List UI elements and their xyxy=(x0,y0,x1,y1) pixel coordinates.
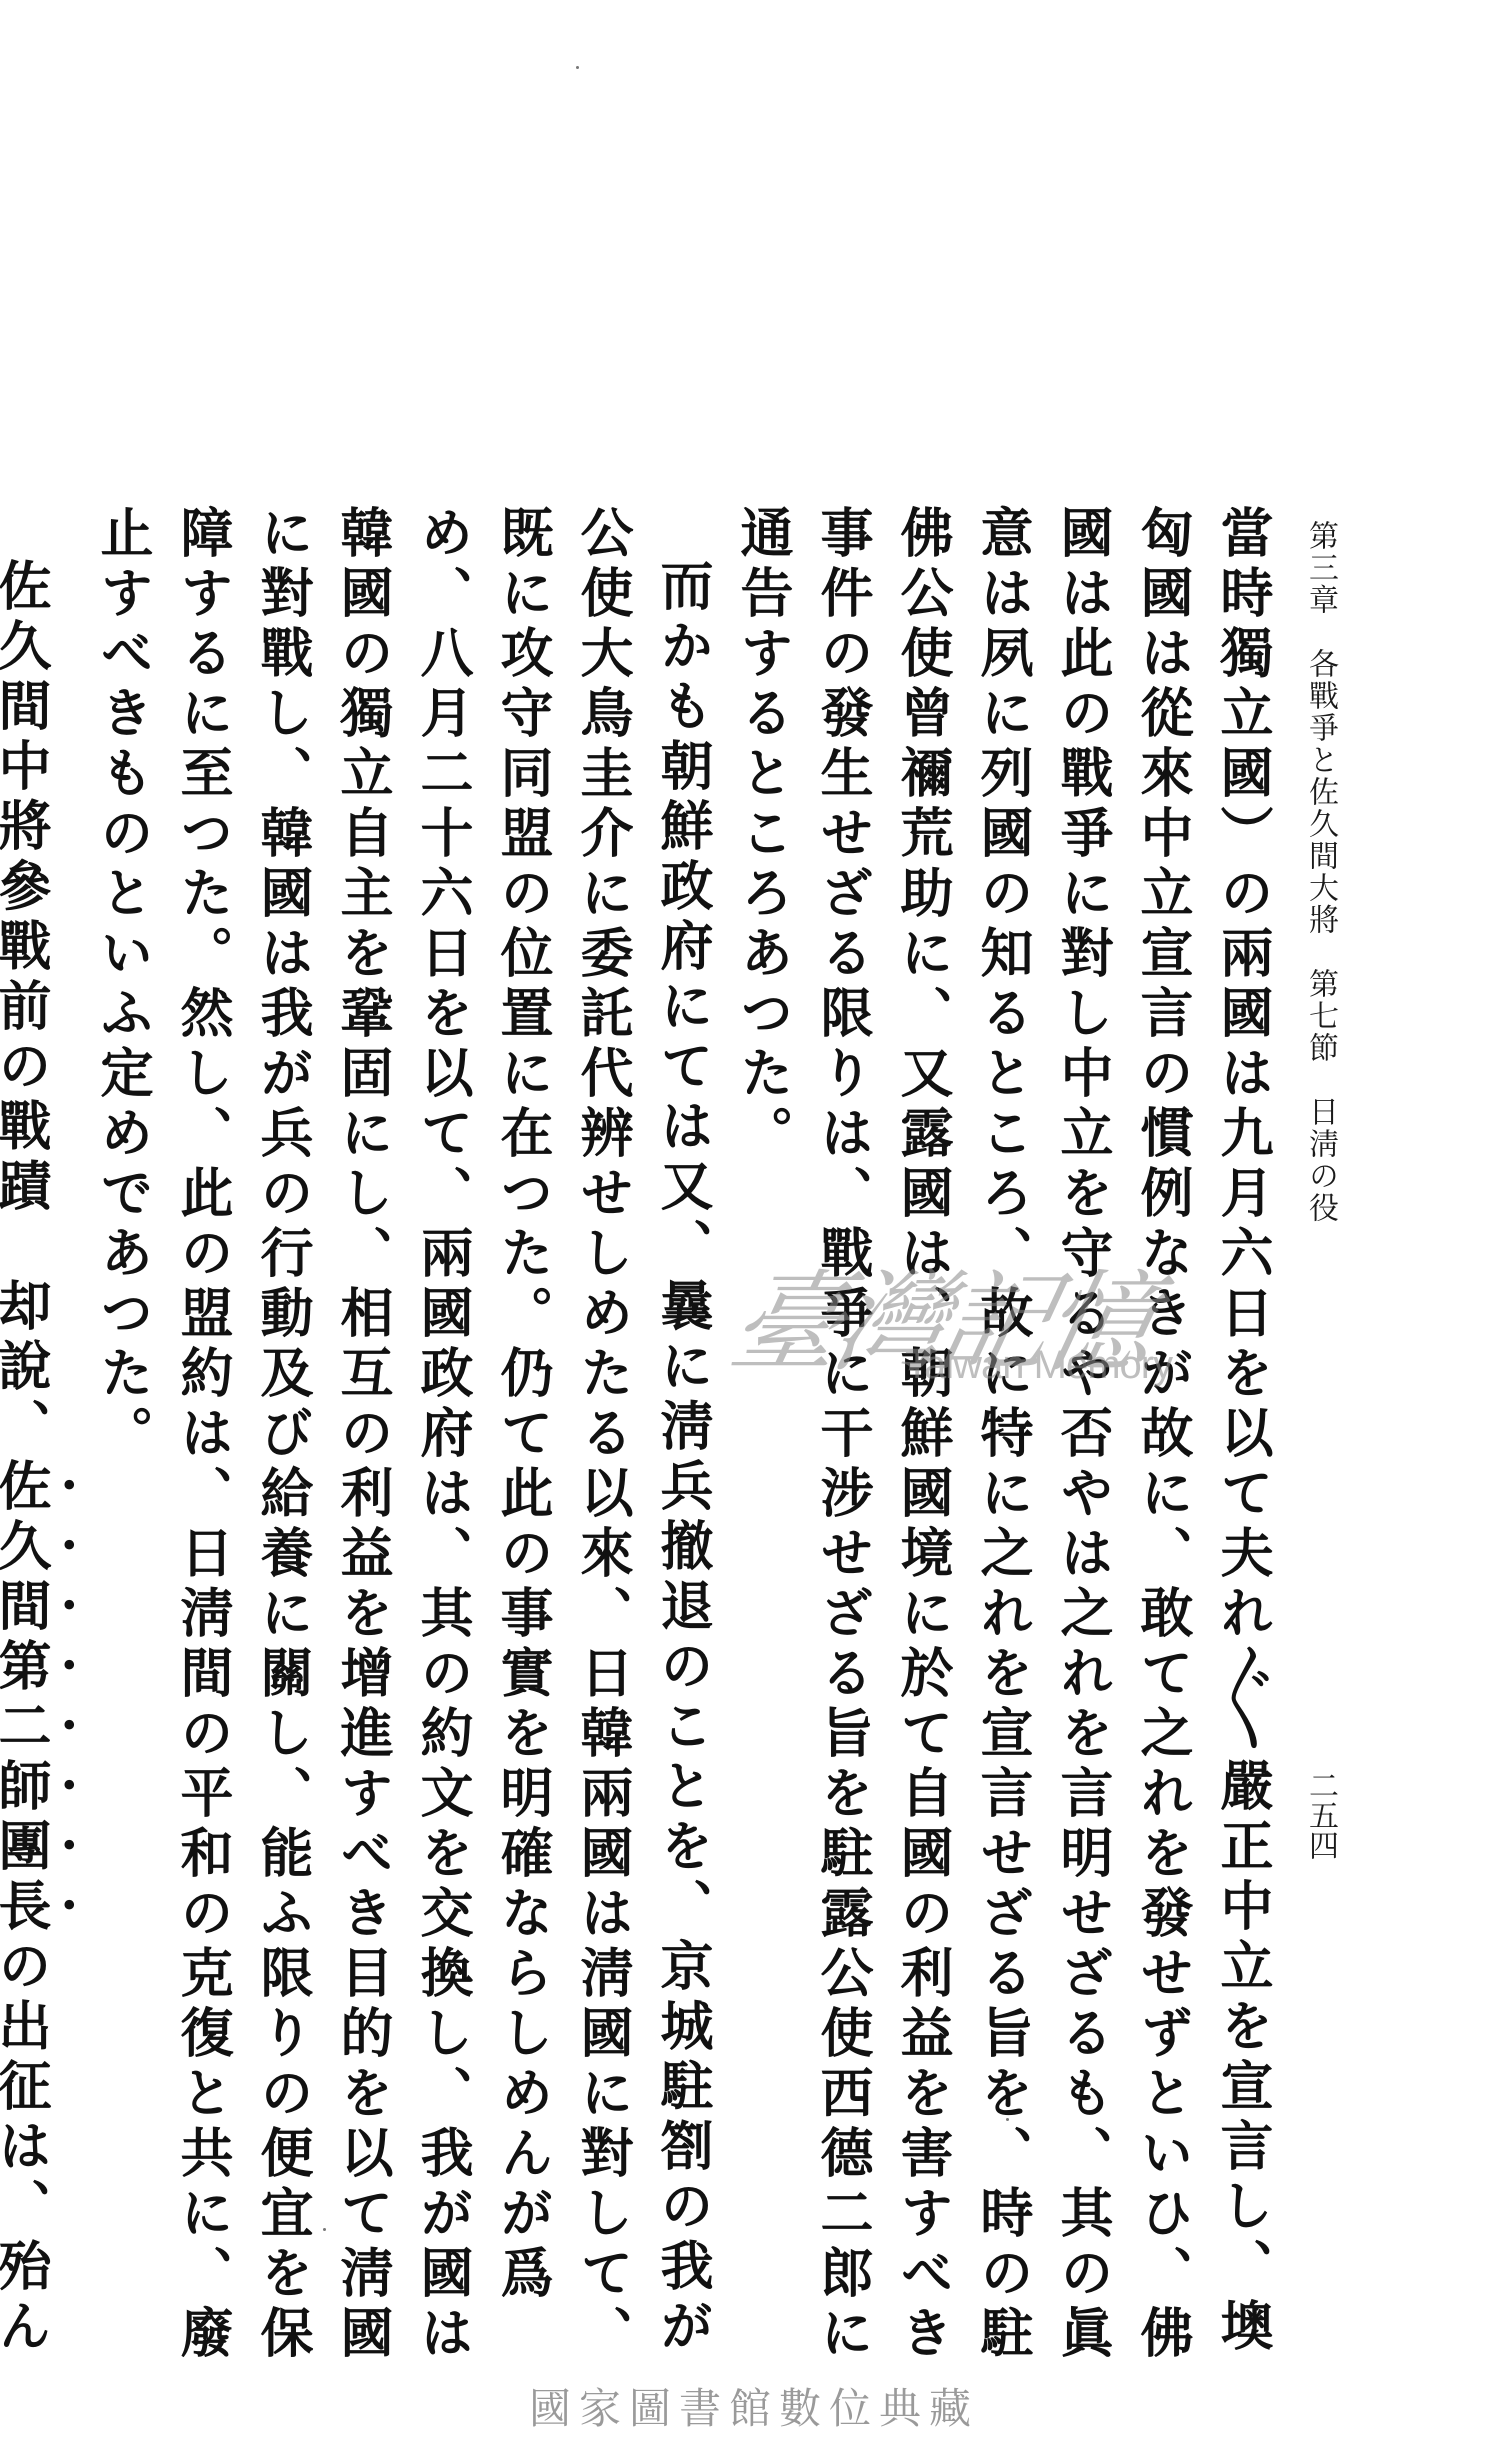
watermark-subtitle: Taiwan Memory xyxy=(905,1343,1172,1388)
section-heading: 佐久間中將參戰前の戰蹟 xyxy=(0,558,52,1218)
scan-speck xyxy=(1006,2118,1009,2121)
paragraph-3: 佐久間中將參戰前の戰蹟 却說、佐久間第二師團長の出征は、殆んど戰爭の終末期であつ… xyxy=(0,505,83,2405)
running-head: 第三章 各戰爭と佐久間大將 第七節 日淸の役 xyxy=(1302,520,1338,1224)
body-text: 當時獨立國）の兩國は九月六日を以て夫れ〴〵嚴正中立を宣言し、墺匈國は從來中立宣言… xyxy=(0,505,1283,2405)
scan-speck xyxy=(323,2228,326,2231)
paragraph-1: 當時獨立國）の兩國は九月六日を以て夫れ〴〵嚴正中立を宣言し、墺匈國は從來中立宣言… xyxy=(723,505,1283,2405)
page-number: 二五四 xyxy=(1302,1770,1338,1860)
page-header: 第三章 各戰爭と佐久間大將 第七節 日淸の役 二五四 xyxy=(1288,500,1348,2400)
scan-speck xyxy=(576,66,579,69)
paragraph-2: 而かも朝鮮政府にては又、曩に淸兵撤退のことを、京城駐劄の我が公使大鳥圭介に委託代… xyxy=(83,505,723,2405)
paragraph-3-lead: 却說、 xyxy=(0,1218,52,1458)
scanned-book-page: 第三章 各戰爭と佐久間大將 第七節 日淸の役 二五四 當時獨立國）の兩國は九月六… xyxy=(0,0,1508,2464)
taiwan-memory-watermark: 臺灣記憶 Taiwan Memory xyxy=(735,1235,1255,1435)
emphasized-text: 佐久間第二師團長 xyxy=(0,1458,52,1938)
library-footer: 國家圖書館數位典藏 xyxy=(0,2376,1508,2436)
